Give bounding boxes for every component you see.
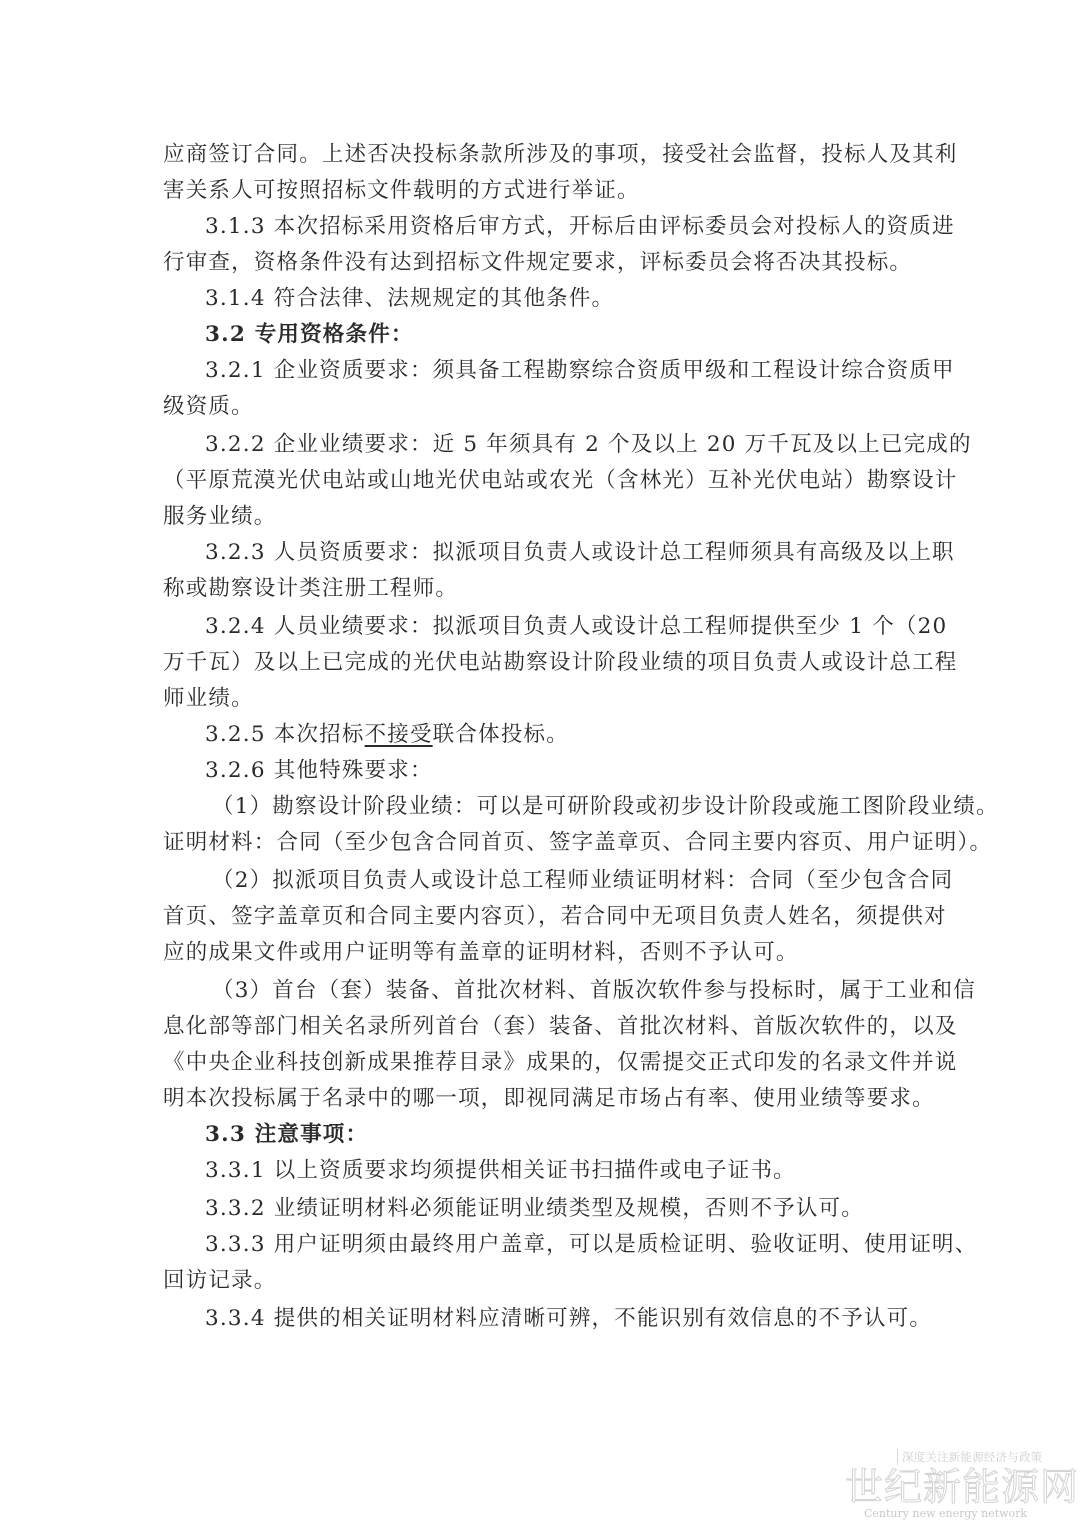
clause-3-2-5-tail: 联合体投标。 [433, 722, 569, 747]
watermark-logo: 世纪新能源网 [845, 1466, 1080, 1508]
sub-item-2: （2）拟派项目负责人或设计总工程师业绩证明材料：合同（至少包含合同 [212, 866, 917, 896]
watermark-tagline: 深度关注新能源经济与政策 [897, 1449, 1037, 1465]
paragraph-line: 息化部等部门相关名录所列首台（套）装备、首批次材料、首版次软件的，以及 [163, 1012, 917, 1042]
clause-3-2-6: 3.2.6 其他特殊要求： [205, 756, 917, 786]
document-page: 应商签订合同。上述否决投标条款所涉及的事项，接受社会监督，投标人及其利 害关系人… [0, 0, 1080, 1527]
paragraph-line: 回访记录。 [163, 1266, 917, 1296]
paragraph-line: 明本次投标属于名录中的哪一项，即视同满足市场占有率、使用业绩等要求。 [163, 1084, 917, 1114]
section-heading-3-2: 3.2 专用资格条件： [205, 320, 917, 350]
paragraph-line: 首页、签字盖章页和合同主要内容页），若合同中无项目负责人姓名，须提供对 [163, 902, 917, 932]
clause-3-1-3: 3.1.3 本次招标采用资格后审方式，开标后由评标委员会对投标人的资质进 [205, 212, 917, 242]
clause-3-3-2: 3.3.2 业绩证明材料必须能证明业绩类型及规模，否则不予认可。 [205, 1194, 917, 1224]
paragraph-line: 行审查，资格条件没有达到招标文件规定要求，评标委员会将否决其投标。 [163, 248, 917, 278]
paragraph-line: （平原荒漠光伏电站或山地光伏电站或农光（含林光）互补光伏电站）勘察设计 [163, 466, 917, 496]
paragraph-line: 服务业绩。 [163, 502, 917, 532]
clause-3-2-5-lead: 3.2.5 本次招标 [205, 722, 365, 747]
paragraph-line: 师业绩。 [163, 684, 917, 714]
clause-3-3-1: 3.3.1 以上资质要求均须提供相关证书扫描件或电子证书。 [205, 1156, 917, 1186]
paragraph-line: 证明材料：合同（至少包含合同首页、签字盖章页、合同主要内容页、用户证明）。 [163, 828, 917, 858]
paragraph-line: 应商签订合同。上述否决投标条款所涉及的事项，接受社会监督，投标人及其利 [163, 140, 917, 170]
clause-3-2-1: 3.2.1 企业资质要求：须具备工程勘察综合资质甲级和工程设计综合资质甲 [205, 356, 917, 386]
paragraph-line: 万千瓦）及以上已完成的光伏电站勘察设计阶段业绩的项目负责人或设计总工程 [163, 648, 917, 678]
paragraph-line: 《中央企业科技创新成果推荐目录》成果的，仅需提交正式印发的名录文件并说 [163, 1048, 917, 1078]
paragraph-line: 级资质。 [163, 392, 917, 422]
clause-3-2-4: 3.2.4 人员业绩要求：拟派项目负责人或设计总工程师提供至少 1 个（20 [205, 612, 917, 642]
underlined-phrase: 不接受 [365, 722, 433, 747]
clause-3-2-3: 3.2.3 人员资质要求：拟派项目负责人或设计总工程师须具有高级及以上职 [205, 538, 917, 568]
clause-3-3-4: 3.3.4 提供的相关证明材料应清晰可辨，不能识别有效信息的不予认可。 [205, 1304, 917, 1334]
clause-3-2-2: 3.2.2 企业业绩要求：近 5 年须具有 2 个及以上 20 万千瓦及以上已完… [205, 430, 917, 460]
paragraph-line: 称或勘察设计类注册工程师。 [163, 574, 917, 604]
sub-item-1: （1）勘察设计阶段业绩：可以是可研阶段或初步设计阶段或施工图阶段业绩。 [212, 792, 917, 822]
paragraph-line: 害关系人可按照招标文件载明的方式进行举证。 [163, 176, 917, 206]
section-heading-3-3: 3.3 注意事项： [205, 1120, 917, 1150]
clause-3-2-5: 3.2.5 本次招标不接受联合体投标。 [205, 720, 917, 750]
watermark-subtitle: Century new energy network [864, 1507, 1074, 1521]
sub-item-3: （3）首台（套）装备、首批次材料、首版次软件参与投标时，属于工业和信 [212, 976, 917, 1006]
paragraph-line: 应的成果文件或用户证明等有盖章的证明材料，否则不予认可。 [163, 938, 917, 968]
clause-3-3-3: 3.3.3 用户证明须由最终用户盖章，可以是质检证明、验收证明、使用证明、 [205, 1230, 917, 1260]
clause-3-1-4: 3.1.4 符合法律、法规规定的其他条件。 [205, 284, 917, 314]
